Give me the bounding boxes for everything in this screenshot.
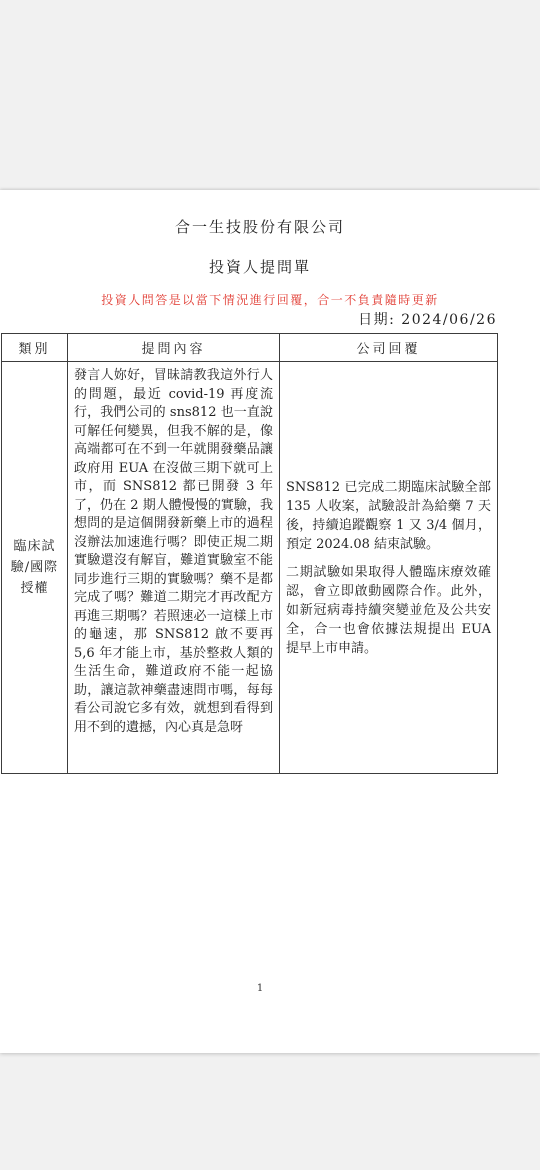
column-header-question: 提問內容 [68, 334, 280, 362]
reply-paragraph-2: 二期試驗如果取得人體臨床療效確認，會立即啟動國際合作。此外，如新冠病毒持續突變並… [286, 563, 491, 658]
date-label: 日期: [358, 312, 395, 328]
pdf-viewer-background: 合一生技股份有限公司 投資人提問單 投資人問答是以當下情況進行回覆，合一不負責隨… [0, 0, 540, 1170]
column-header-category: 類別 [2, 334, 68, 362]
date-value: 2024/06/26 [401, 312, 497, 328]
reply-paragraph-1: SNS812 已完成二期臨床試驗全部 135 人收案，試驗設計為給藥 7 天後，… [286, 478, 491, 554]
disclaimer-text: 投資人問答是以當下情況進行回覆，合一不負責隨時更新 [0, 291, 540, 308]
column-header-reply: 公司回覆 [280, 334, 498, 362]
date-line: 日期: 2024/06/26 [358, 309, 497, 329]
page-title: 投資人提問單 [0, 256, 520, 277]
question-cell: 發言人妳好，冒昧請教我這外行人的問題，最近 covid-19 再度流行，我們公司… [68, 362, 280, 774]
document-page: 合一生技股份有限公司 投資人提問單 投資人問答是以當下情況進行回覆，合一不負責隨… [0, 190, 540, 1053]
page-number: 1 [0, 983, 520, 994]
company-title: 合一生技股份有限公司 [0, 216, 520, 237]
reply-cell: SNS812 已完成二期臨床試驗全部 135 人收案，試驗設計為給藥 7 天後，… [280, 362, 498, 774]
category-cell: 臨床試驗/國際授權 [2, 362, 68, 774]
table-header-row: 類別 提問內容 公司回覆 [2, 334, 498, 362]
qa-table: 類別 提問內容 公司回覆 臨床試驗/國際授權 發言人妳好，冒昧請教我這外行人的問… [1, 333, 498, 774]
table-row: 臨床試驗/國際授權 發言人妳好，冒昧請教我這外行人的問題，最近 covid-19… [2, 362, 498, 774]
